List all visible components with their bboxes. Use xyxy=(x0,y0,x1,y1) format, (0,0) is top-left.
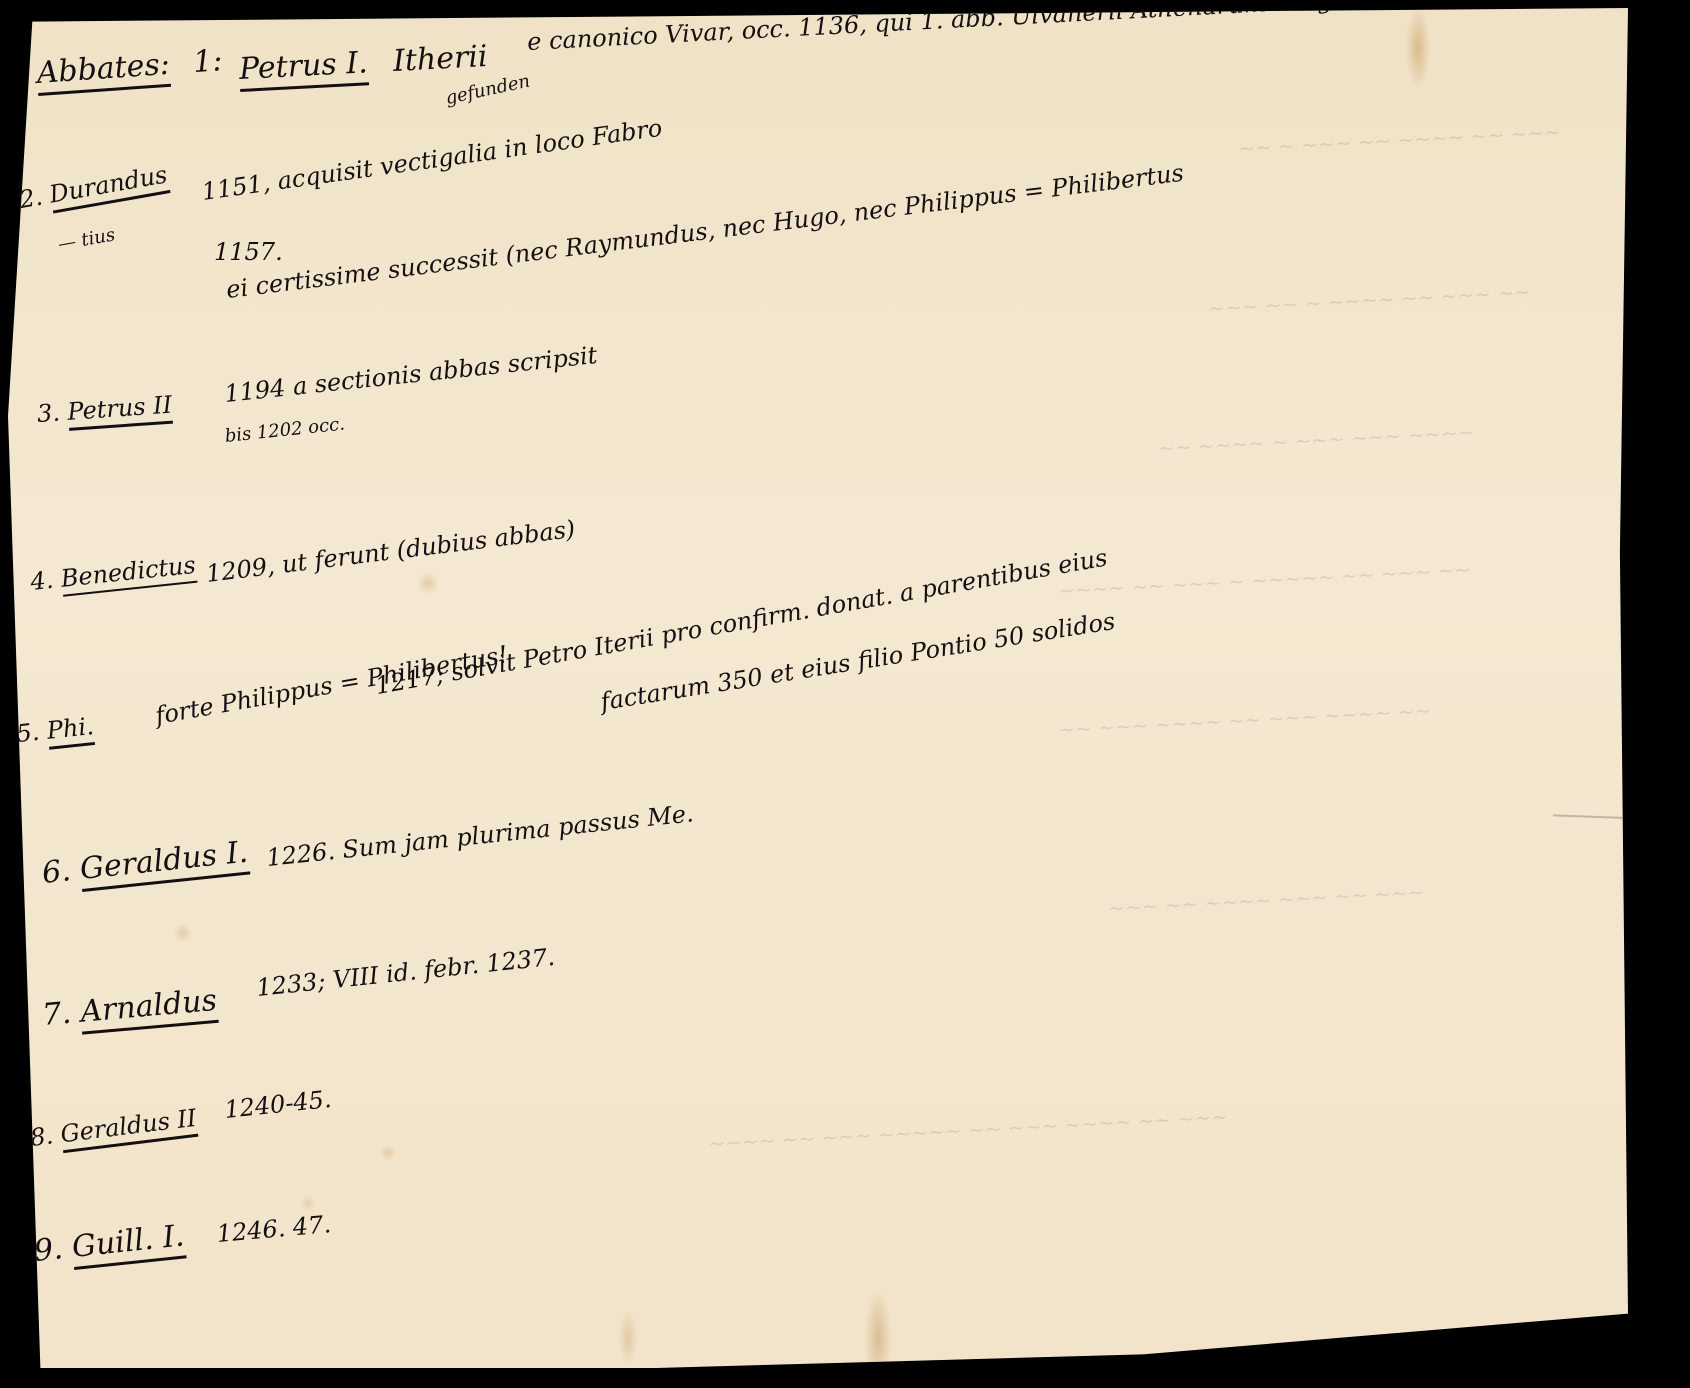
bleed-through-text: ~~~~ ~~ ~~~ ~~~~~ ~~ ~~~ ~~~~ ~~ ~~~ xyxy=(708,1104,1229,1155)
entry-3-line-1: 1194 a sectionis abbas scripsit xyxy=(223,341,599,408)
entry-2-name-sub: — tius xyxy=(56,224,116,255)
entry-2-line-1: 1151, acquisit vectigalia in loco Fabro xyxy=(200,114,664,206)
entry-3-label: 3. Petrus II xyxy=(36,391,173,428)
manuscript-page: ~~ ~ ~~~ ~~ ~~~~ ~~ ~~~ ~~~ ~~ ~ ~~~~ ~~… xyxy=(8,8,1628,1368)
entry-2-label: 2. Durandus xyxy=(17,160,169,214)
bleed-through-stroke xyxy=(1553,814,1643,819)
entry-8-label: 8. Geraldus II xyxy=(29,1104,198,1152)
entry-7-line-1: 1233; VIII id. febr. 1237. xyxy=(255,943,556,1002)
bleed-through-text: ~~~~ ~~ ~~~ ~ ~~~~~ ~~ ~~~ ~~ xyxy=(1058,557,1472,603)
entry-5-label: 5. Phi. xyxy=(15,712,95,748)
heading-entry-number: 1: xyxy=(192,43,224,80)
bleed-through-text: ~~~ ~~ ~ ~~~~ ~~ ~~~ ~~ xyxy=(1208,280,1532,321)
entry-4-label: 4. Benedictus xyxy=(29,551,197,596)
heading-text: e canonico Vivar, occ. 1136, qui 1. abb.… xyxy=(527,0,1341,56)
bleed-through-text: ~~~ ~~ ~~~~ ~~~ ~~ ~~~ xyxy=(1108,880,1425,921)
heading-surname: Itherii xyxy=(392,39,488,79)
heading-note: gefunden xyxy=(444,71,532,109)
entry-9-label: 9. Guill. I. xyxy=(32,1218,186,1269)
bleed-through-text: ~~ ~~~~ ~ ~~~ ~~~ ~~~~ xyxy=(1158,420,1475,461)
bleed-through-text: ~~ ~~~ ~~~~ ~~ ~~~ ~~~~ ~~ xyxy=(1058,698,1432,742)
entry-4-line-1: 1209, ut ferunt (dubius abbas) xyxy=(205,515,577,588)
entry-6-label: 6. Geraldus I. xyxy=(40,835,249,891)
entry-3-line-2: bis 1202 occ. xyxy=(224,414,346,447)
heading-label: Abbates: 1: xyxy=(36,43,224,91)
bleed-through-text: ~~ ~ ~~~ ~~ ~~~~ ~~ ~~~ xyxy=(1238,120,1562,161)
heading-name: Petrus I. Itherii xyxy=(238,39,488,87)
entry-2-line-2: 1157. xyxy=(214,238,283,266)
entry-9-line-1: 1246. 47. xyxy=(216,1210,333,1248)
entry-7-label: 7. Arnaldus xyxy=(41,983,218,1033)
entry-8-line-1: 1240-45. xyxy=(223,1085,333,1124)
entry-6-line-1: 1226. Sum jam plurima passus Me. xyxy=(265,799,695,872)
